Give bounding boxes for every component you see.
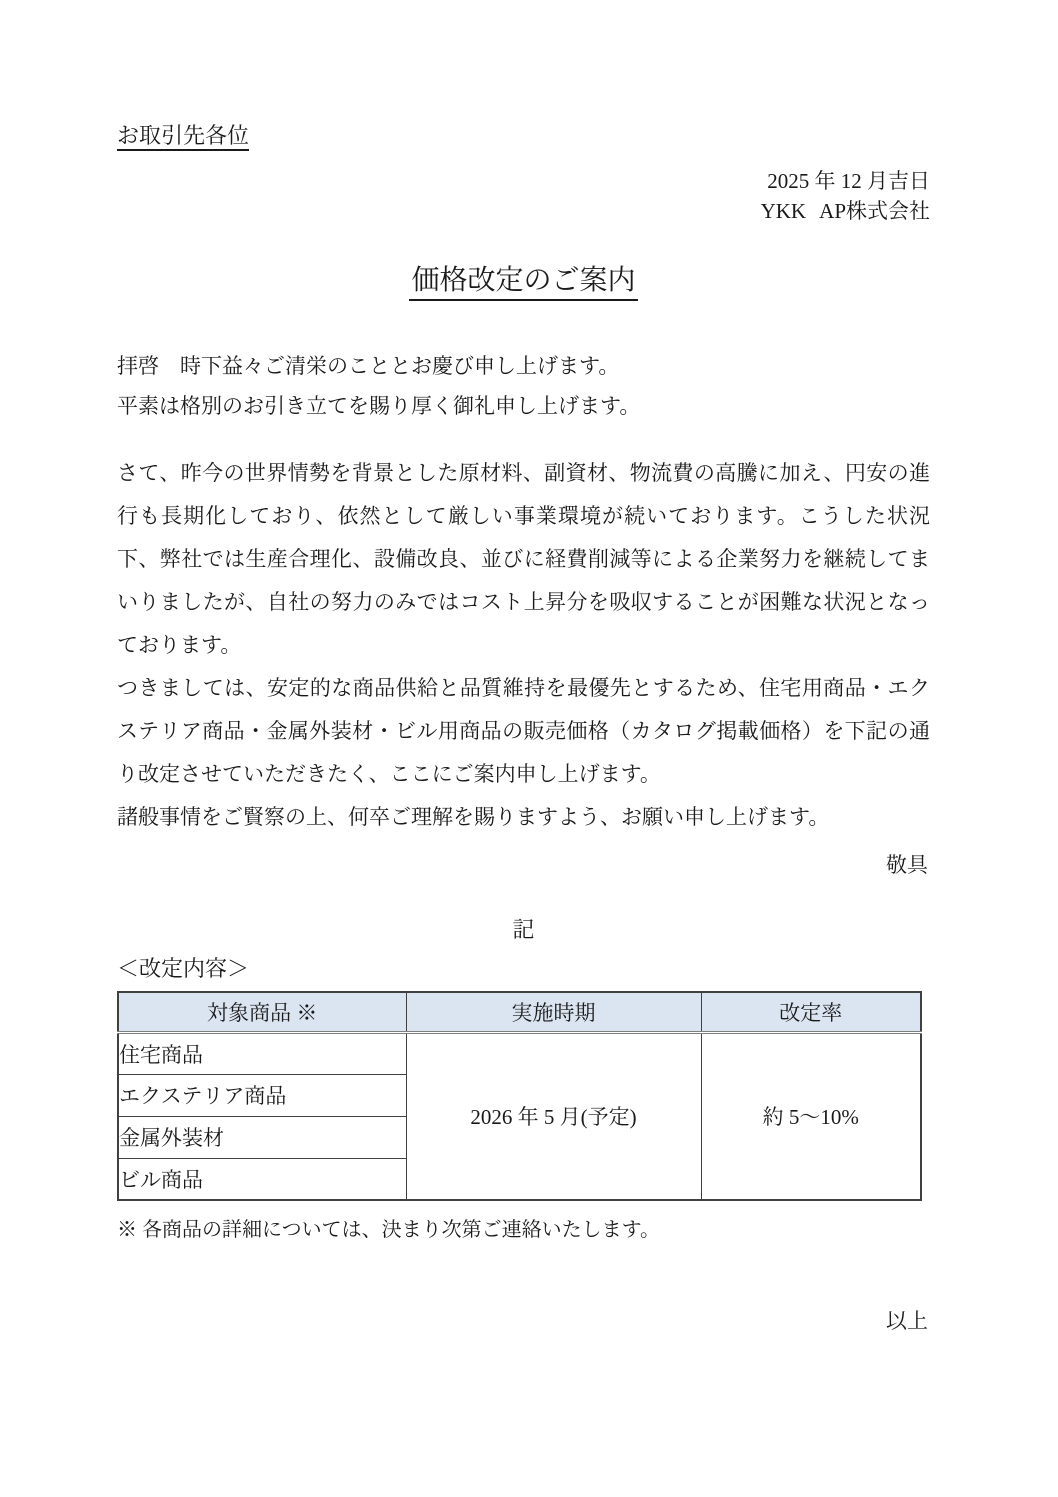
period-cell: 2026 年 5 月(予定) (406, 1032, 701, 1200)
header-implementation-period: 実施時期 (406, 992, 701, 1032)
greeting-block: 拝啓 時下益々ご清栄のこととお慶び申し上げます。 平素は格別のお引き立てを賜り厚… (117, 346, 930, 426)
table-header-row: 対象商品 ※ 実施時期 改定率 (118, 992, 921, 1032)
rate-cell: 約 5～10% (701, 1032, 921, 1200)
recipient-line: お取引先各位 (117, 120, 930, 152)
document-title: 価格改定のご案内 (409, 265, 637, 301)
company-name: YKK AP株式会社 (117, 196, 930, 226)
document-page: お取引先各位 2025 年 12 月吉日 YKK AP株式会社 価格改定のご案内… (0, 0, 1058, 1497)
end-marker: 以上 (117, 1303, 930, 1339)
recipient-text: お取引先各位 (117, 123, 249, 151)
header-target-products: 対象商品 ※ (118, 992, 406, 1032)
price-revision-table: 対象商品 ※ 実施時期 改定率 住宅商品 2026 年 5 月(予定) 約 5～… (117, 991, 922, 1201)
sender-block: 2025 年 12 月吉日 YKK AP株式会社 (117, 166, 930, 226)
body-paragraph: さて、昨今の世界情勢を背景とした原材料、副資材、物流費の高騰に加え、円安の進行も… (117, 452, 930, 667)
product-cell-exterior: エクステリア商品 (118, 1074, 406, 1116)
product-cell-metal-siding: 金属外装材 (118, 1116, 406, 1158)
body-paragraph: 諸般事情をご賢察の上、何卒ご理解を賜りますよう、お願い申し上げます。 (117, 796, 930, 839)
document-date: 2025 年 12 月吉日 (117, 166, 930, 196)
record-marker: 記 (117, 911, 930, 949)
section-heading: ＜改定内容＞ (117, 951, 930, 987)
table-row: 住宅商品 2026 年 5 月(予定) 約 5～10% (118, 1032, 921, 1074)
greeting-line: 拝啓 時下益々ご清栄のこととお慶び申し上げます。 (117, 346, 930, 386)
body-block: さて、昨今の世界情勢を背景とした原材料、副資材、物流費の高騰に加え、円安の進行も… (117, 452, 930, 839)
header-revision-rate: 改定率 (701, 992, 921, 1032)
product-cell-building: ビル商品 (118, 1158, 406, 1200)
document-title-row: 価格改定のご案内 (117, 262, 930, 300)
closing-word: 敬具 (117, 845, 930, 885)
product-cell-residential: 住宅商品 (118, 1032, 406, 1074)
greeting-line: 平素は格別のお引き立てを賜り厚く御礼申し上げます。 (117, 386, 930, 426)
footnote: ※ 各商品の詳細については、決まり次第ご連絡いたします。 (117, 1213, 930, 1247)
body-paragraph: つきましては、安定的な商品供給と品質維持を最優先とするため、住宅用商品・エクステ… (117, 667, 930, 796)
